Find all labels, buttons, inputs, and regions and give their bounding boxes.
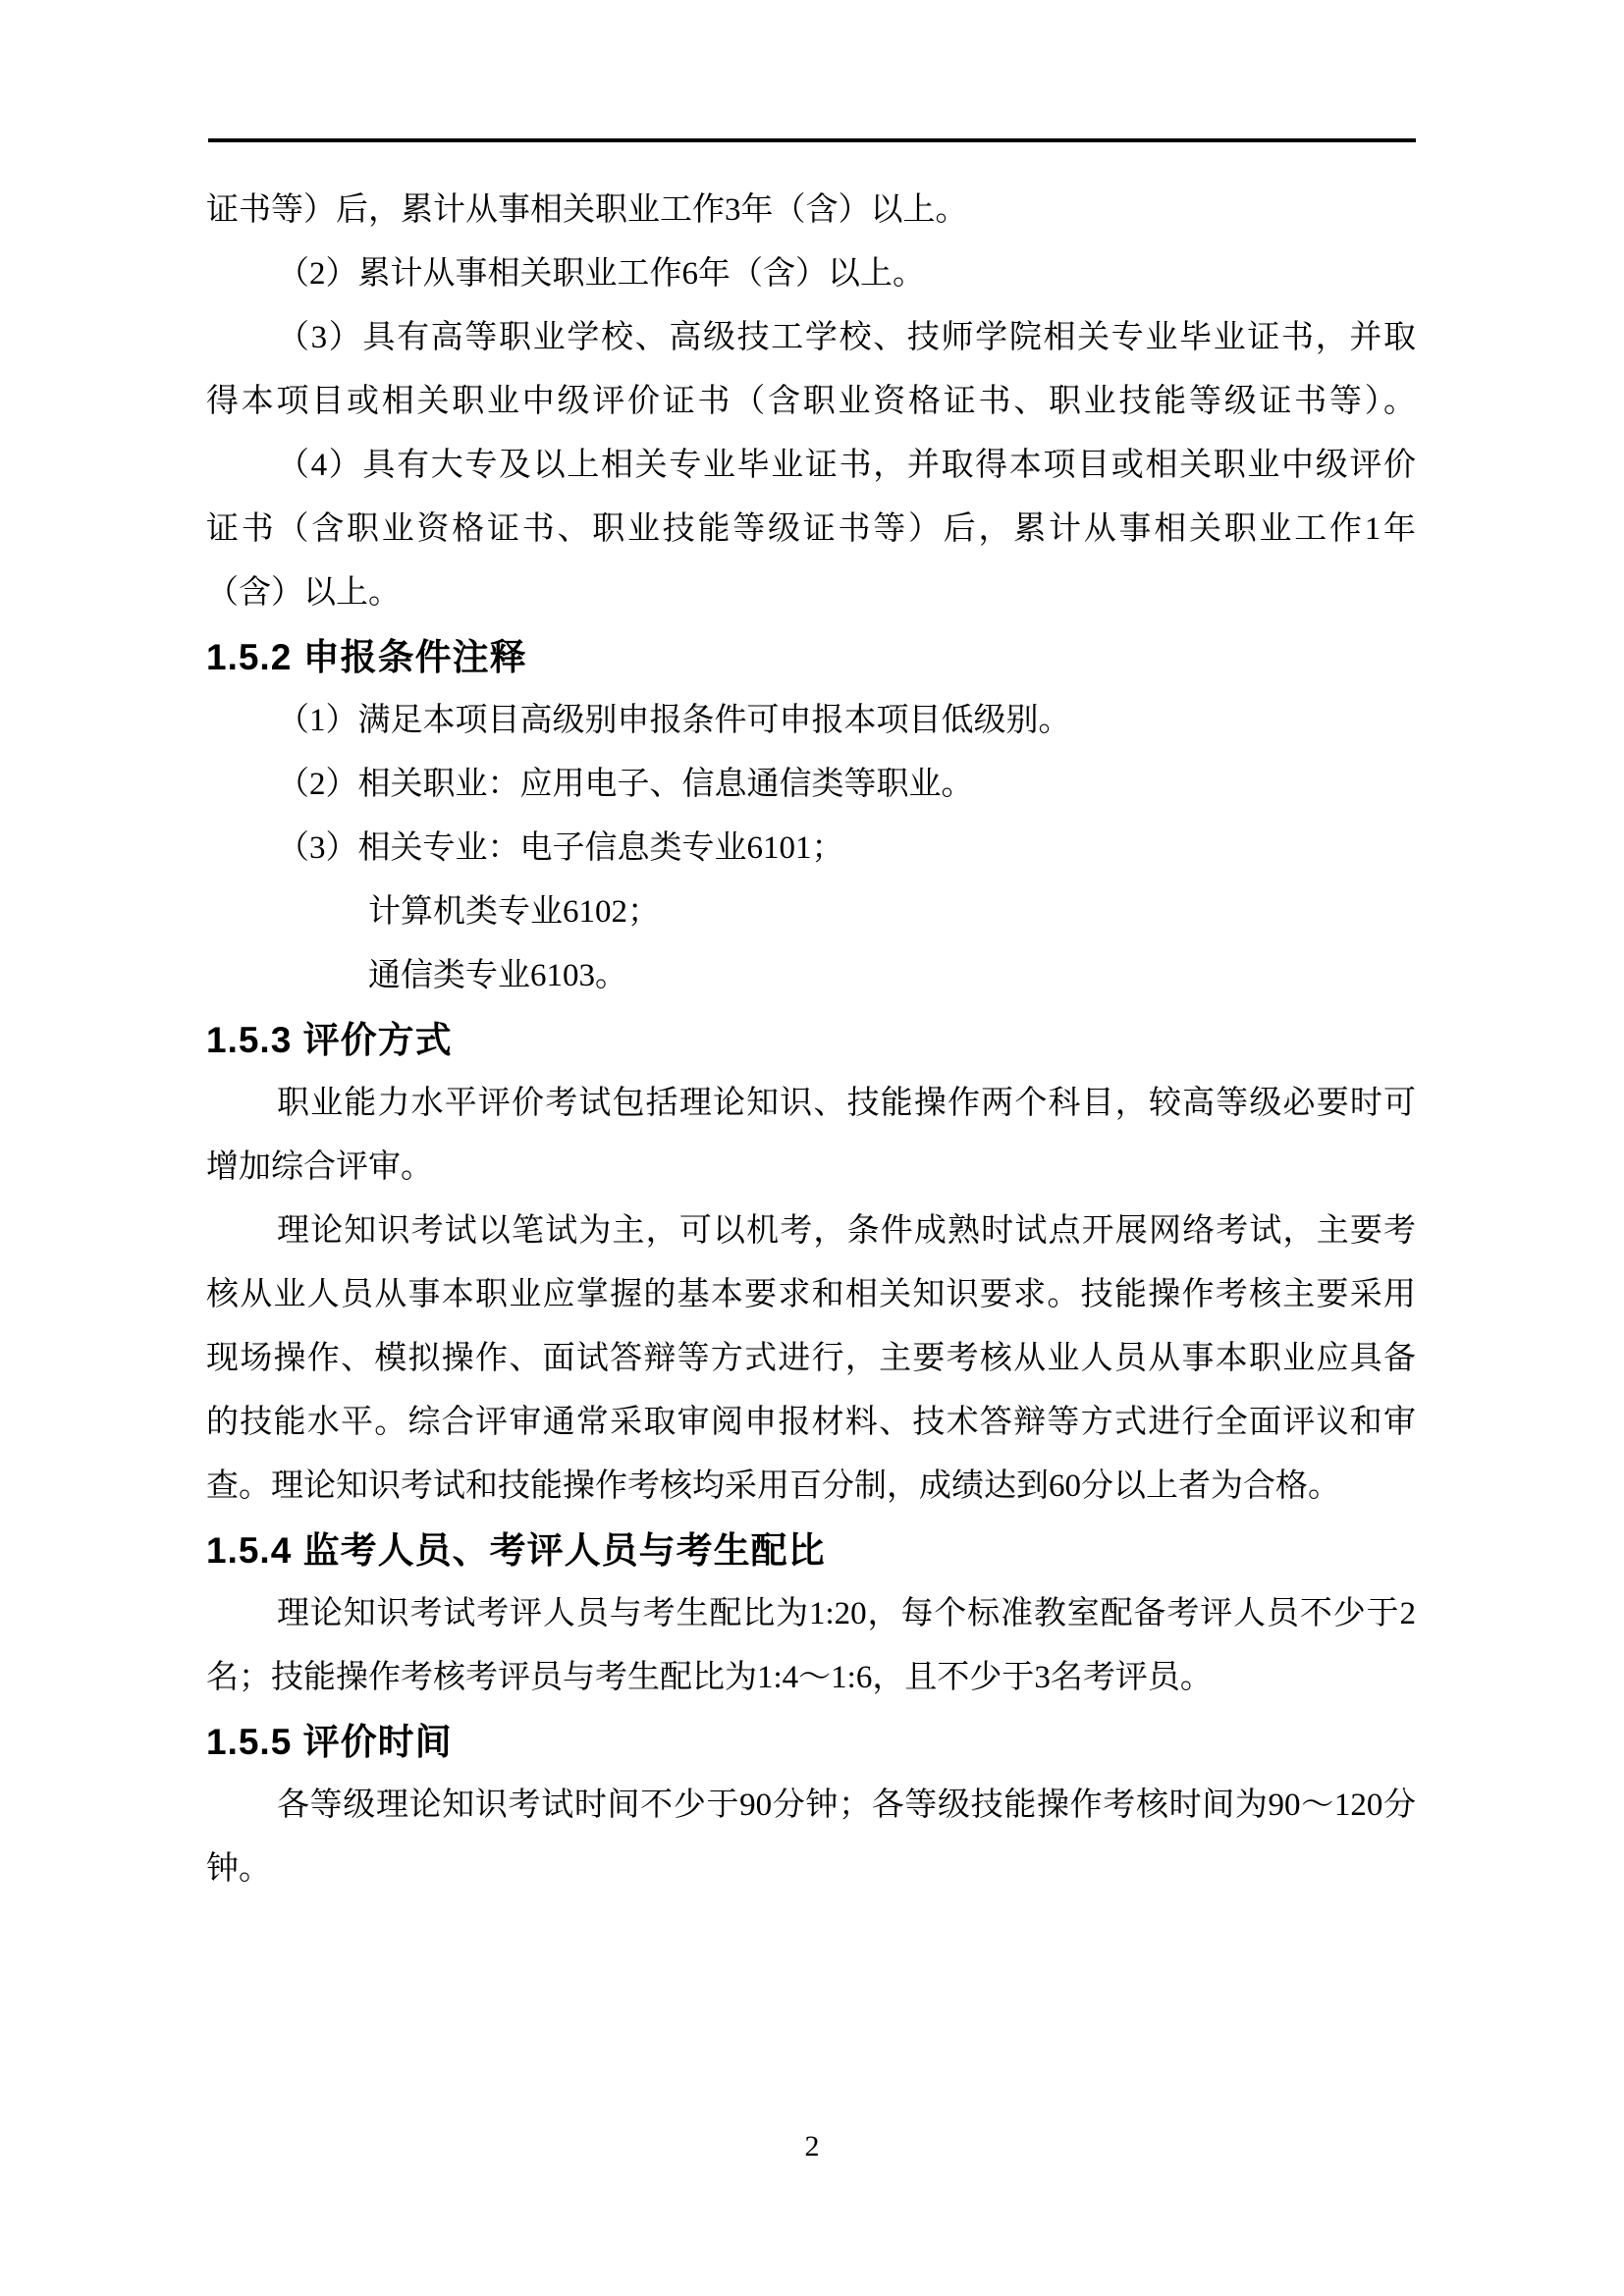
document-page: 证书等）后，累计从事相关职业工作3年（含）以上。（2）累计从事相关职业工作6年（… bbox=[0, 0, 1624, 2296]
body-line: 证书等）后，累计从事相关职业工作3年（含）以上。 bbox=[206, 179, 1416, 242]
body-line: （2）累计从事相关职业工作6年（含）以上。 bbox=[206, 242, 1416, 306]
section-heading: 1.5.2 申报条件注释 bbox=[206, 625, 1416, 689]
body-line: （2）相关职业：应用电子、信息通信类等职业。 bbox=[206, 753, 1416, 817]
page-number: 2 bbox=[805, 2130, 820, 2163]
section-heading: 1.5.3 评价方式 bbox=[206, 1008, 1416, 1072]
body-line: 各等级理论知识考试时间不少于90分钟；各等级技能操作考核时间为90～120分 bbox=[206, 1774, 1416, 1838]
body-line: （3）具有高等职业学校、高级技工学校、技师学院相关专业毕业证书，并取 bbox=[206, 306, 1416, 370]
header-rule bbox=[208, 138, 1416, 142]
body-line: 通信类专业6103。 bbox=[206, 944, 1416, 1008]
body-line: 计算机类专业6102； bbox=[206, 881, 1416, 944]
body-line: 增加综合评审。 bbox=[206, 1136, 1416, 1200]
body-line: 名；技能操作考核考评员与考生配比为1:4～1:6，且不少于3名考评员。 bbox=[206, 1646, 1416, 1710]
body-line: 理论知识考试考评人员与考生配比为1:20，每个标准教室配备考评人员不少于2 bbox=[206, 1582, 1416, 1646]
body-line: 的技能水平。综合评审通常采取审阅申报材料、技术答辩等方式进行全面评议和审 bbox=[206, 1391, 1416, 1455]
document-body: 证书等）后，累计从事相关职业工作3年（含）以上。（2）累计从事相关职业工作6年（… bbox=[206, 179, 1416, 1901]
body-line: 现场操作、模拟操作、面试答辩等方式进行，主要考核从业人员从事本职业应具备 bbox=[206, 1327, 1416, 1391]
body-line: （3）相关专业：电子信息类专业6101； bbox=[206, 817, 1416, 881]
body-line: 证书（含职业资格证书、职业技能等级证书等）后，累计从事相关职业工作1年 bbox=[206, 498, 1416, 561]
page-footer: 2 bbox=[0, 2132, 1624, 2162]
body-line: 核从业人员从事本职业应掌握的基本要求和相关知识要求。技能操作考核主要采用 bbox=[206, 1263, 1416, 1327]
body-line: 理论知识考试以笔试为主，可以机考，条件成熟时试点开展网络考试，主要考 bbox=[206, 1200, 1416, 1263]
body-line: （1）满足本项目高级别申报条件可申报本项目低级别。 bbox=[206, 689, 1416, 753]
body-line: （含）以上。 bbox=[206, 561, 1416, 625]
body-line: 职业能力水平评价考试包括理论知识、技能操作两个科目，较高等级必要时可 bbox=[206, 1072, 1416, 1136]
section-heading: 1.5.4 监考人员、考评人员与考生配比 bbox=[206, 1519, 1416, 1582]
body-line: （4）具有大专及以上相关专业毕业证书，并取得本项目或相关职业中级评价 bbox=[206, 434, 1416, 498]
body-line: 钟。 bbox=[206, 1838, 1416, 1901]
body-line: 得本项目或相关职业中级评价证书（含职业资格证书、职业技能等级证书等）。 bbox=[206, 370, 1416, 434]
section-heading: 1.5.5 评价时间 bbox=[206, 1710, 1416, 1774]
body-line: 查。理论知识考试和技能操作考核均采用百分制，成绩达到60分以上者为合格。 bbox=[206, 1455, 1416, 1519]
